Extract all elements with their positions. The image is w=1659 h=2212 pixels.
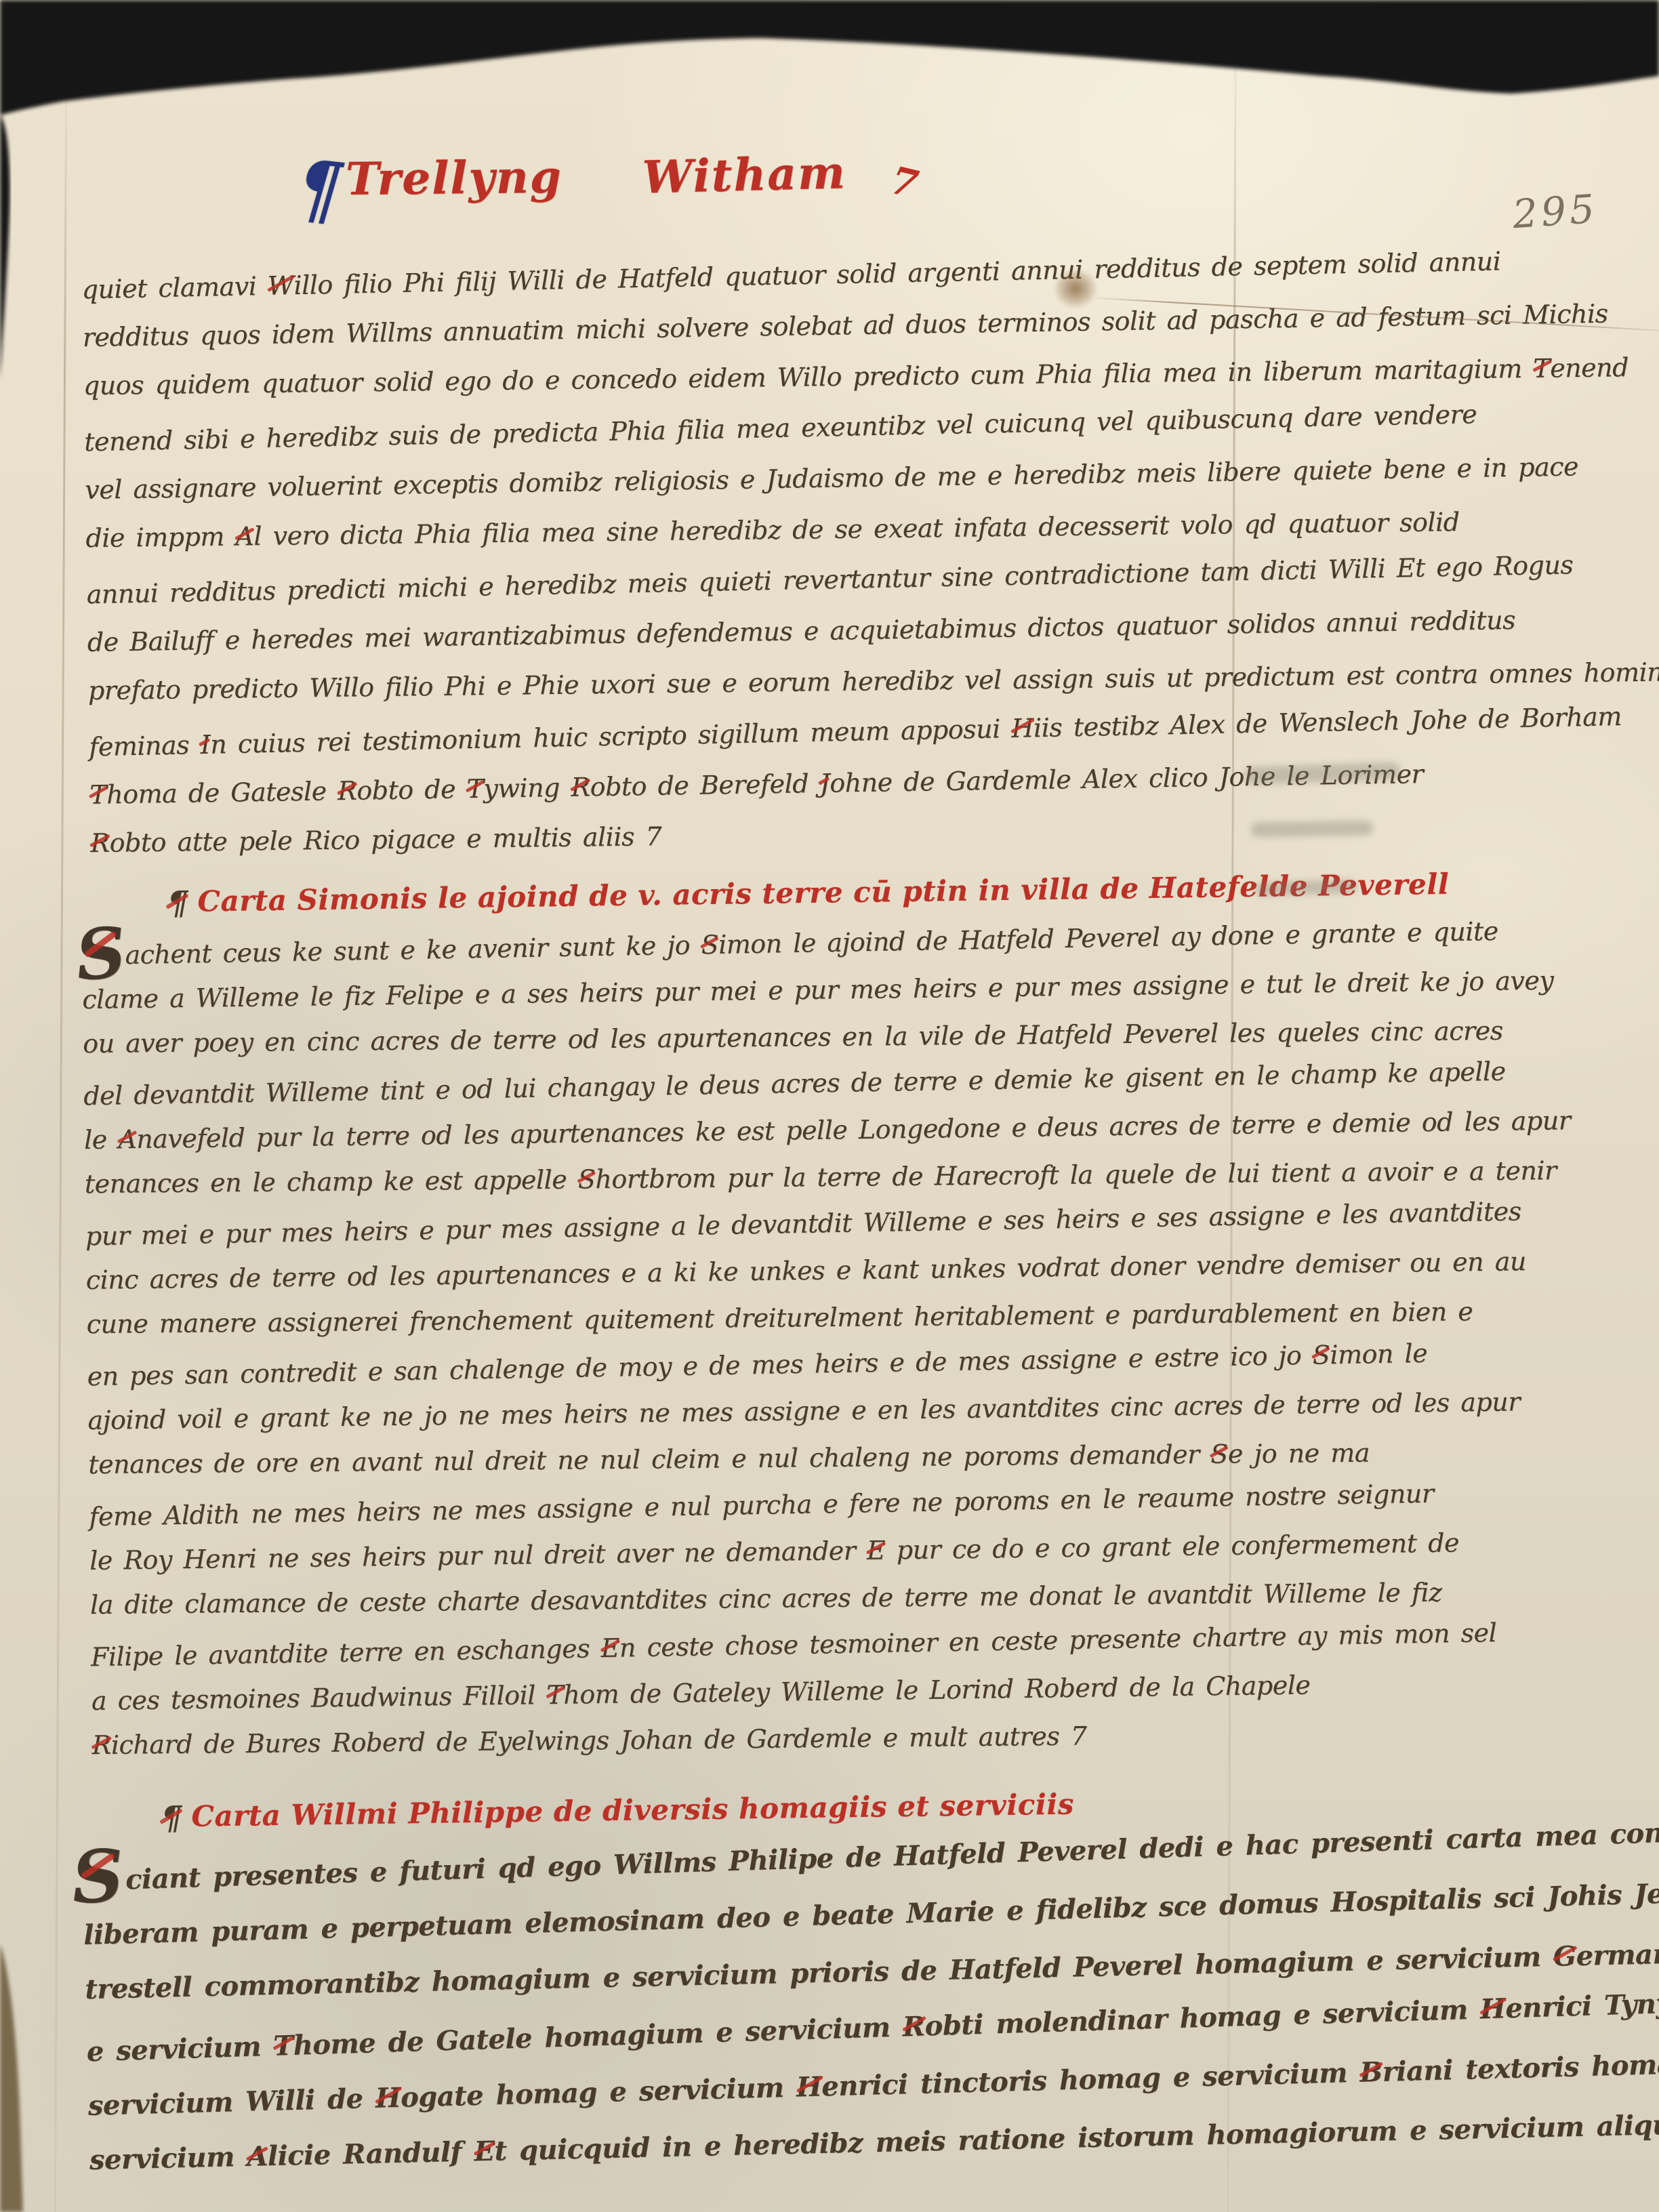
blue-paraph-icon: ¶: [293, 143, 346, 237]
charter-2-text-block: achent ceus ke sunt e ke avenir sunt ke …: [81, 912, 1441, 1771]
folio-number: 295: [1511, 186, 1599, 238]
header-end-flourish-icon: 7: [886, 158, 922, 207]
header-title-left: Trellyng: [346, 150, 563, 205]
ink-stain: [1053, 268, 1098, 309]
paraph-mark-icon: ¶: [167, 884, 188, 922]
manuscript-page: ¶TrellyngWitham7 295 quiet clamavi Willo…: [0, 0, 1659, 2212]
fore-edge-bottom-left: [0, 1944, 23, 2212]
black-cloth-top: [0, 0, 1659, 115]
charter-1-text-block: quiet clamavi Willo filio Phi filij Will…: [81, 241, 1439, 872]
black-cloth-left-sliver: [0, 114, 10, 380]
header-title-right: Witham: [642, 146, 847, 203]
running-header: ¶TrellyngWitham7: [298, 144, 918, 239]
showthrough-smudge: [1251, 820, 1373, 837]
paraph-mark-icon: ¶: [161, 1799, 182, 1837]
charter-3-text-block: ciant presentes e futuri qd ego Willms P…: [81, 1815, 1439, 2192]
